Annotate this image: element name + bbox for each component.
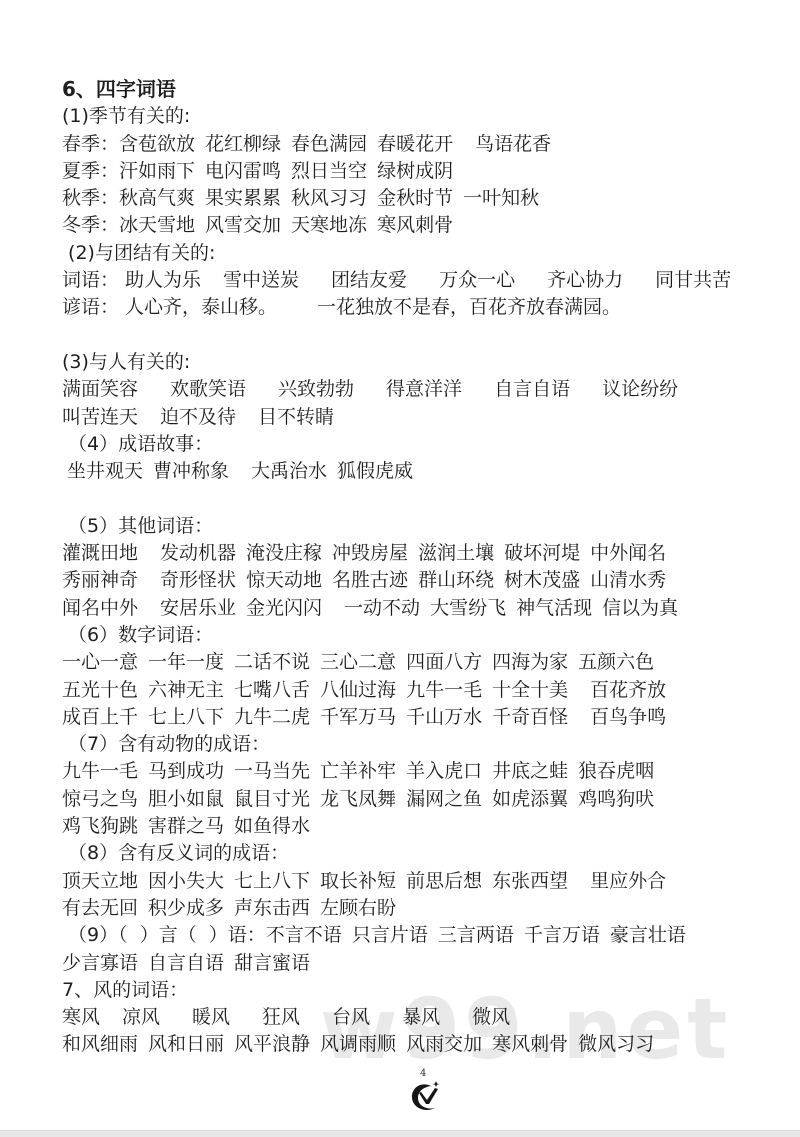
word: 汗如雨下 [119, 158, 195, 185]
word: 自言自语 [494, 376, 570, 403]
publisher-logo-icon [409, 1078, 443, 1114]
row-label: 秋季： [62, 187, 119, 209]
word: 千言万语 [524, 922, 600, 949]
word: 大禹治水 [251, 458, 327, 485]
word: 自言自语 [148, 950, 224, 977]
word: 团结友爱 [331, 267, 407, 294]
word: 得意洋洋 [386, 376, 462, 403]
word: 鸡飞狗跳 [62, 813, 138, 840]
word: 有去无回 [62, 895, 138, 922]
word: 秋高气爽 [119, 185, 195, 212]
word: 三言两语 [438, 922, 514, 949]
word: 九牛一毛 [406, 677, 482, 704]
word-row: 鸡飞狗跳害群之马如鱼得水 [62, 813, 792, 840]
word: 害群之马 [148, 813, 224, 840]
word-row: 和风细雨风和日丽风平浪静风调雨顺风雨交加寒风刺骨微风习习 [62, 1031, 792, 1058]
word: 鸟语花香 [475, 131, 551, 158]
word: 甜言蜜语 [234, 950, 310, 977]
word: 果实累累 [205, 185, 281, 212]
unity-proverbs-row: 谚语：人心齐，泰山移。一花独放不是春，百花齐放春满园。 [62, 294, 792, 321]
word-row: 惊弓之鸟胆小如鼠鼠目寸光龙飞凤舞漏网之鱼如虎添翼鸡鸣狗吠 [62, 786, 792, 813]
word: 台风 [332, 1004, 370, 1031]
word: 一动不动 [344, 595, 420, 622]
word: 一马当先 [234, 758, 310, 785]
word: 金光闪闪 [246, 595, 322, 622]
word: 百鸟争鸣 [590, 704, 666, 731]
word-row: 成百上千七上八下九牛二虎千军万马千山万水千奇百怪百鸟争鸣 [62, 704, 792, 731]
word: 迫不及待 [160, 404, 236, 431]
word: 烈日当空 [291, 158, 367, 185]
word: 破坏河堤 [504, 540, 580, 567]
word-row: 一心一意一年一度二话不说三心二意四面八方四海为家五颜六色 [62, 649, 792, 676]
word: 声东击西 [234, 895, 310, 922]
word: 胆小如鼠 [148, 786, 224, 813]
word: 寒风刺骨 [492, 1031, 568, 1058]
subsection-heading: （7）含有动物的成语： [62, 731, 792, 758]
word: 井底之蛙 [492, 758, 568, 785]
word: 坐井观天 [67, 458, 143, 485]
subsection-heading: (2)与团结有关的: [62, 240, 792, 267]
word: 助人为乐 [125, 267, 201, 294]
word: 亡羊补牢 [320, 758, 396, 785]
word: 顶天立地 [62, 868, 138, 895]
subsection-heading: （8）含有反义词的成语： [62, 840, 792, 867]
word: 齐心协力 [547, 267, 623, 294]
word: 万众一心 [439, 267, 515, 294]
word-row: 九牛一毛马到成功一马当先亡羊补牢羊入虎口井底之蛙狼吞虎咽 [62, 758, 792, 785]
word: 八仙过海 [320, 677, 396, 704]
word: 满面笑容 [62, 376, 138, 403]
word: 微风习习 [578, 1031, 654, 1058]
word: 惊弓之鸟 [62, 786, 138, 813]
word: 议论纷纷 [602, 376, 678, 403]
row-label: 春季： [62, 133, 119, 155]
word: 千山万水 [406, 704, 482, 731]
row-label: 谚语： [62, 296, 119, 318]
word: 一叶知秋 [463, 185, 539, 212]
word: 风平浪静 [234, 1031, 310, 1058]
word: 信以为真 [602, 595, 678, 622]
word: 只言片语 [352, 922, 428, 949]
word: 漏网之鱼 [406, 786, 482, 813]
word: 羊入虎口 [406, 758, 482, 785]
word: 东张西望 [492, 868, 568, 895]
page-bottom-edge [0, 1130, 800, 1137]
word: 千奇百怪 [492, 704, 568, 731]
word: 四面八方 [406, 649, 482, 676]
word: 不言不语 [266, 922, 342, 949]
word-row: 叫苦连天迫不及待目不转睛 [62, 404, 792, 431]
word-row: 顶天立地因小失大七上八下取长补短前思后想东张西望里应外合 [62, 868, 792, 895]
subsection-heading: （4）成语故事： [62, 431, 792, 458]
word: 和风细雨 [62, 1031, 138, 1058]
word: 五光十色 [62, 677, 138, 704]
word: 暖风 [192, 1004, 230, 1031]
word: 金秋时节 [377, 185, 453, 212]
word: 马到成功 [148, 758, 224, 785]
word: 微风 [472, 1004, 510, 1031]
word: 里应外合 [590, 868, 666, 895]
word: 如虎添翼 [492, 786, 568, 813]
word: 寒风刺骨 [377, 212, 453, 239]
word: 春色满园 [291, 131, 367, 158]
season-row-autumn: 秋季：秋高气爽果实累累秋风习习金秋时节一叶知秋 [62, 185, 792, 212]
word-row: 坐井观天曹冲称象大禹治水狐假虎威 [62, 458, 792, 485]
word: 一年一度 [148, 649, 224, 676]
word: 九牛二虎 [234, 704, 310, 731]
subsection-heading: （6）数字词语： [62, 622, 792, 649]
word-row: 满面笑容欢歌笑语兴致勃勃得意洋洋自言自语议论纷纷 [62, 376, 792, 403]
proverb: 一花独放不是春，百花齐放春满园。 [317, 294, 621, 321]
word: 曹冲称象 [153, 458, 229, 485]
word: 取长补短 [320, 868, 396, 895]
row-label: 夏季： [62, 160, 119, 182]
word: 狂风 [262, 1004, 300, 1031]
word: 狐假虎威 [337, 458, 413, 485]
word: 淹没庄稼 [246, 540, 322, 567]
row-label: 冬季： [62, 214, 119, 236]
season-row-summer: 夏季：汗如雨下电闪雷鸣烈日当空绿树成阴 [62, 158, 792, 185]
page-content: 6、四字词语 (1)季节有关的: 春季：含苞欲放花红柳绿春色满园春暖花开鸟语花香… [62, 76, 792, 1059]
word: 目不转睛 [258, 404, 334, 431]
word: 兴致勃勃 [278, 376, 354, 403]
word: 十全十美 [492, 677, 568, 704]
word-row: 五光十色六神无主七嘴八舌八仙过海九牛一毛十全十美百花齐放 [62, 677, 792, 704]
word: 闻名中外 [62, 595, 138, 622]
word: 雪中送炭 [223, 267, 299, 294]
word: 秋风习习 [291, 185, 367, 212]
subsection-heading: (1)季节有关的: [62, 103, 792, 130]
word: 滋润土壤 [418, 540, 494, 567]
proverb: 人心齐，泰山移。 [125, 294, 277, 321]
word: 叫苦连天 [62, 404, 138, 431]
word: 风和日丽 [148, 1031, 224, 1058]
word: 天寒地冻 [291, 212, 367, 239]
word: 含苞欲放 [119, 131, 195, 158]
word-row: 少言寡语自言自语甜言蜜语 [62, 950, 792, 977]
word: 山清水秀 [590, 567, 666, 594]
word: 秀丽神奇 [62, 567, 138, 594]
yan-yu-row: （9）（ ）言（ ）语：不言不语只言片语三言两语千言万语豪言壮语 [62, 922, 792, 949]
word-row: 闻名中外安居乐业金光闪闪一动不动大雪纷飞神气活现信以为真 [62, 595, 792, 622]
word: 神气活现 [516, 595, 592, 622]
word: 花红柳绿 [205, 131, 281, 158]
word: 狼吞虎咽 [578, 758, 654, 785]
word: 群山环绕 [418, 567, 494, 594]
word-row: 有去无回积少成多声东击西左顾右盼 [62, 895, 792, 922]
word: 五颜六色 [578, 649, 654, 676]
section-title: 6、四字词语 [62, 76, 792, 103]
word: 前思后想 [406, 868, 482, 895]
word: 风雨交加 [406, 1031, 482, 1058]
word: 豪言壮语 [610, 922, 686, 949]
unity-words-row: 词语：助人为乐雪中送炭团结友爱万众一心齐心协力同甘共苦 [62, 267, 792, 294]
word: 安居乐业 [160, 595, 236, 622]
word: 绿树成阴 [377, 158, 453, 185]
word: 冰天雪地 [119, 212, 195, 239]
section-title: 7、风的词语： [62, 977, 792, 1004]
word: 暴风 [402, 1004, 440, 1031]
word: 凉风 [122, 1004, 160, 1031]
word: 奇形怪状 [160, 567, 236, 594]
word: 左顾右盼 [320, 895, 396, 922]
row-label: 词语： [62, 269, 119, 291]
word: 同甘共苦 [655, 267, 731, 294]
season-row-winter: 冬季：冰天雪地风雪交加天寒地冻寒风刺骨 [62, 212, 792, 239]
word: 电闪雷鸣 [205, 158, 281, 185]
subsection-heading: （9）（ ）言（ ）语： [62, 924, 266, 946]
subsection-heading: (3)与人有关的: [62, 349, 792, 376]
word: 树木茂盛 [504, 567, 580, 594]
word: 发动机器 [160, 540, 236, 567]
subsection-heading: （5）其他词语： [62, 513, 792, 540]
word: 鼠目寸光 [234, 786, 310, 813]
word: 七嘴八舌 [234, 677, 310, 704]
word: 四海为家 [492, 649, 568, 676]
word-row: 寒风凉风暖风狂风台风暴风微风 [62, 1004, 792, 1031]
word: 风雪交加 [205, 212, 281, 239]
word: 灌溉田地 [62, 540, 138, 567]
word: 风调雨顺 [320, 1031, 396, 1058]
document-page: w99.net 6、四字词语 (1)季节有关的: 春季：含苞欲放花红柳绿春色满园… [0, 0, 800, 1130]
season-row-spring: 春季：含苞欲放花红柳绿春色满园春暖花开鸟语花香 [62, 131, 792, 158]
word: 九牛一毛 [62, 758, 138, 785]
word: 欢歌笑语 [170, 376, 246, 403]
word-row: 秀丽神奇奇形怪状惊天动地名胜古迹群山环绕树木茂盛山清水秀 [62, 567, 792, 594]
word: 成百上千 [62, 704, 138, 731]
word: 大雪纷飞 [430, 595, 506, 622]
word: 百花齐放 [590, 677, 666, 704]
word: 春暖花开 [377, 131, 453, 158]
word: 龙飞凤舞 [320, 786, 396, 813]
word: 六神无主 [148, 677, 224, 704]
word: 一心一意 [62, 649, 138, 676]
word: 少言寡语 [62, 950, 138, 977]
word: 如鱼得水 [234, 813, 310, 840]
word: 寒风 [62, 1004, 100, 1031]
word: 千军万马 [320, 704, 396, 731]
word: 名胜古迹 [332, 567, 408, 594]
word: 七上八下 [234, 868, 310, 895]
word-row: 灌溉田地发动机器淹没庄稼冲毁房屋滋润土壤破坏河堤中外闻名 [62, 540, 792, 567]
word: 因小失大 [148, 868, 224, 895]
word: 三心二意 [320, 649, 396, 676]
word: 中外闻名 [590, 540, 666, 567]
word: 鸡鸣狗吠 [578, 786, 654, 813]
word: 积少成多 [148, 895, 224, 922]
word: 二话不说 [234, 649, 310, 676]
word: 惊天动地 [246, 567, 322, 594]
word: 七上八下 [148, 704, 224, 731]
word: 冲毁房屋 [332, 540, 408, 567]
